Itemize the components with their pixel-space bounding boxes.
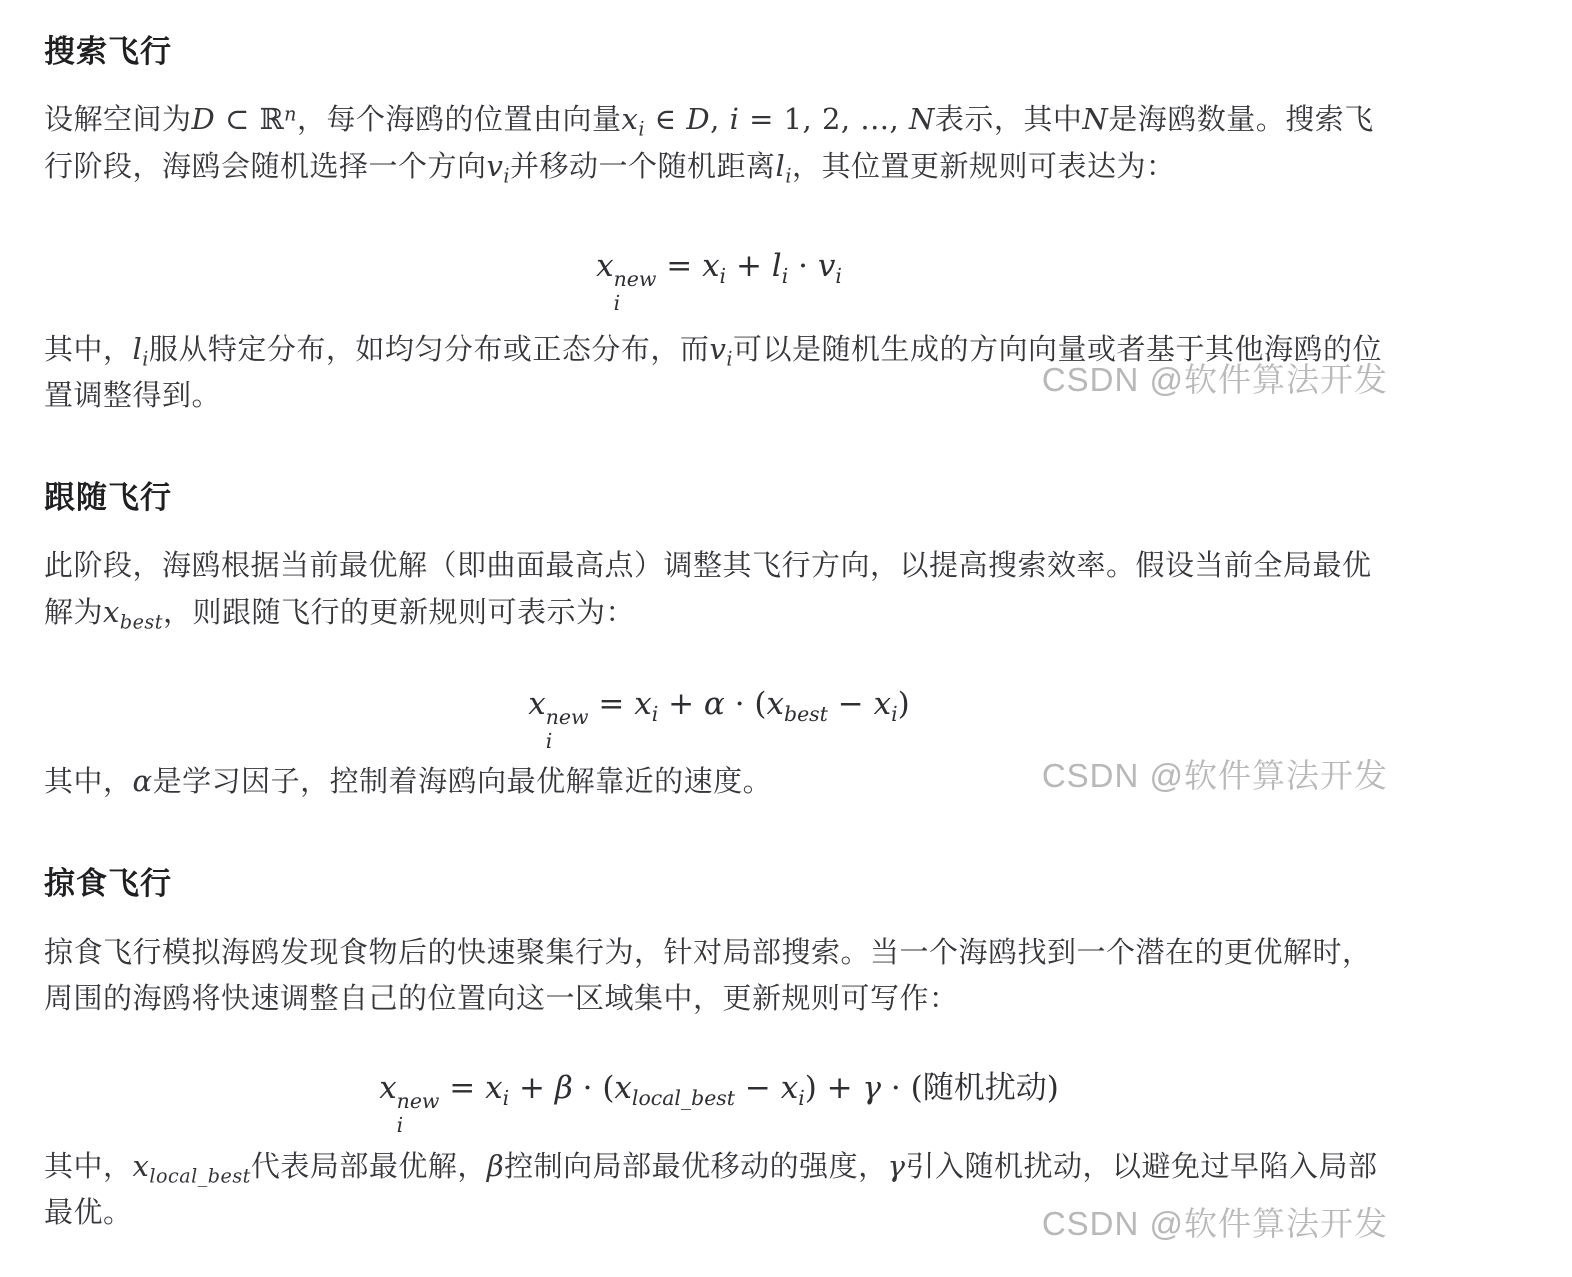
search-flight-intro-paragraph: 设解空间为D ⊂ ℝn，每个海鸥的位置由向量xi ∈ D, i = 1, 2, …	[44, 96, 1394, 190]
predation-flight-intro-paragraph: 掠食飞行模拟海鸥发现食物后的快速聚集行为，针对局部搜索。当一个海鸥找到一个潜在的…	[44, 930, 1394, 1022]
csdn-watermark-3: CSDN @软件算法开发	[1042, 1204, 1388, 1244]
csdn-watermark-2: CSDN @软件算法开发	[1042, 756, 1388, 796]
follow-flight-formula: xnewi = xi + α · (xbest − xi)	[44, 680, 1394, 753]
document-canvas: 搜索飞行 设解空间为D ⊂ ℝn，每个海鸥的位置由向量xi ∈ D, i = 1…	[0, 0, 1572, 1277]
search-flight-formula: xnewi = xi + li · vi	[44, 242, 1394, 315]
section-heading-search-flight: 搜索飞行	[44, 26, 172, 71]
predation-flight-formula: xnewi = xi + β · (xlocal_best − xi) + γ …	[44, 1064, 1394, 1137]
section-heading-follow-flight: 跟随飞行	[44, 472, 172, 517]
follow-flight-intro-paragraph: 此阶段，海鸥根据当前最优解（即曲面最高点）调整其飞行方向，以提高搜索效率。假设当…	[44, 543, 1394, 636]
csdn-watermark-1: CSDN @软件算法开发	[1042, 360, 1388, 400]
section-heading-predation-flight: 掠食飞行	[44, 858, 172, 903]
